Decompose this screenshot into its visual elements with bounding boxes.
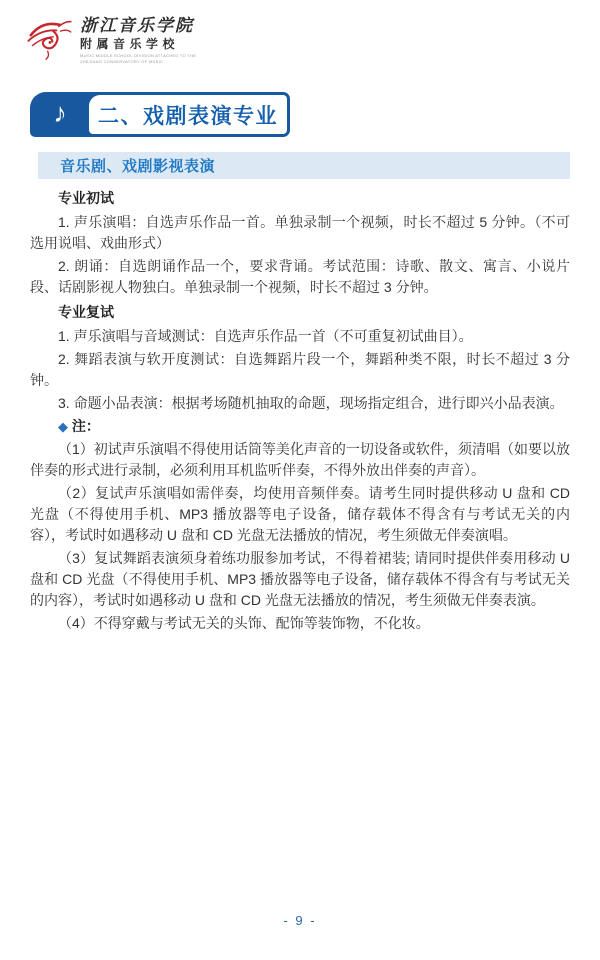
section-title: 二、戏剧表演专业 <box>98 100 278 130</box>
second-round-item-3: 3. 命题小品表演：根据考场随机抽取的命题，现场指定组合，进行即兴小品表演。 <box>30 393 570 414</box>
school-name-english-line2: ZHEJIANG CONSERVATORY OF MUSIC <box>80 59 196 64</box>
school-subname: 附属音乐学校 <box>80 38 196 52</box>
first-round-heading: 专业初试 <box>30 188 570 209</box>
school-logo-text: 浙江音乐学院 附属音乐学校 MUSIC MIDDLE SCHOOL DIVISI… <box>80 16 196 64</box>
diamond-bullet-icon: ◆ <box>58 419 68 434</box>
note-item-4: （4）不得穿戴与考试无关的头饰、配饰等装饰物，不化妆。 <box>30 613 570 634</box>
page-number: - 9 - <box>283 913 316 928</box>
second-round-item-2: 2. 舞蹈表演与软开度测试：自选舞蹈片段一个，舞蹈种类不限，时长不超过 3 分钟… <box>30 349 570 391</box>
subsection-title: 音乐剧、戏剧影视表演 <box>60 155 215 176</box>
school-name-calligraphy: 浙江音乐学院 <box>80 16 196 36</box>
notes-label: 注： <box>72 418 100 434</box>
note-item-2: （2）复试声乐演唱如需伴奏，均使用音频伴奏。请考生同时提供移动 U 盘和 CD … <box>30 483 570 546</box>
notes-heading: ◆ 注： <box>30 416 570 437</box>
school-logo: 浙江音乐学院 附属音乐学校 MUSIC MIDDLE SCHOOL DIVISI… <box>26 16 196 64</box>
subsection-header-bar: 音乐剧、戏剧影视表演 <box>38 152 570 179</box>
first-round-item-1: 1. 声乐演唱：自选声乐作品一首。单独录制一个视频，时长不超过 5 分钟。（不可… <box>30 212 570 254</box>
banner-title-box: 二、戏剧表演专业 <box>89 95 287 134</box>
first-round-item-2: 2. 朗诵：自选朗诵作品一个，要求背诵。考试范围：诗歌、散文、寓言、小说片段、话… <box>30 256 570 298</box>
note-item-1: （1）初试声乐演唱不得使用话筒等美化声音的一切设备或软件，须清唱（如要以放伴奏的… <box>30 439 570 481</box>
document-content: 专业初试 1. 声乐演唱：自选声乐作品一首。单独录制一个视频，时长不超过 5 分… <box>30 184 570 636</box>
phoenix-logo-icon <box>26 17 74 63</box>
document-page: 浙江音乐学院 附属音乐学校 MUSIC MIDDLE SCHOOL DIVISI… <box>0 0 600 960</box>
music-note-icon: ♪ <box>53 100 67 127</box>
second-round-heading: 专业复试 <box>30 302 570 323</box>
page-footer: - 9 - <box>0 912 600 930</box>
section-banner: ♪ 二、戏剧表演专业 <box>30 92 290 137</box>
note-item-3: （3）复试舞蹈表演须身着练功服参加考试，不得着裙装; 请同时提供伴奏用移动 U … <box>30 548 570 611</box>
banner-note-tab: ♪ <box>30 92 90 137</box>
second-round-item-1: 1. 声乐演唱与音域测试：自选声乐作品一首（不可重复初试曲目）。 <box>30 326 570 347</box>
school-name-english: MUSIC MIDDLE SCHOOL DIVISION ATTACHED TO… <box>80 53 196 63</box>
school-name-english-line1: MUSIC MIDDLE SCHOOL DIVISION ATTACHED TO… <box>80 53 196 58</box>
